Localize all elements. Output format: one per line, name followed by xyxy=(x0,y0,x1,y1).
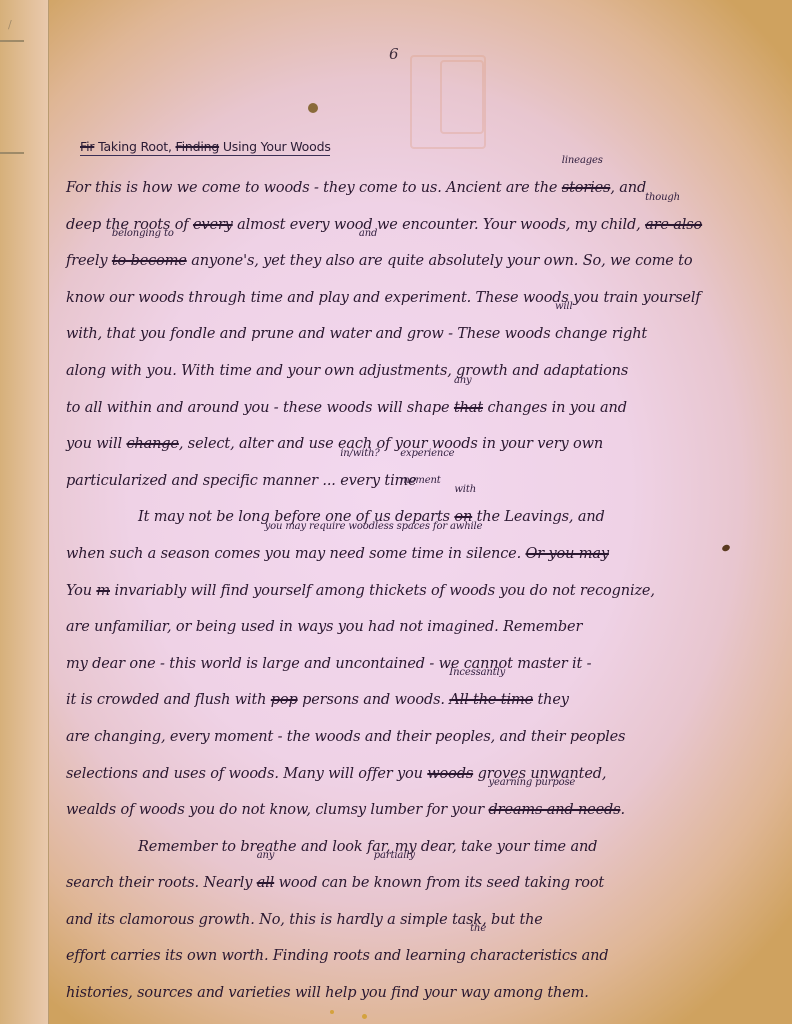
segment-text: change xyxy=(126,436,178,452)
text-segment: almost every wood we encounter. Your woo… xyxy=(233,217,645,233)
segment-text: , select, alter and use each of your woo… xyxy=(179,436,603,452)
segment-text: are xyxy=(359,253,383,269)
segment-text: stories xyxy=(562,180,611,196)
text-segment: it is crowded and flush with xyxy=(66,692,271,708)
segment-text: know our woods through time and play and… xyxy=(66,290,701,306)
manuscript-line: and its clamorous growth. No, this is ha… xyxy=(66,902,726,939)
struck-text: m xyxy=(96,583,110,599)
text-segment: particularized and specific manner ... xyxy=(66,473,340,489)
segment-text: dreams and needs xyxy=(489,802,621,818)
paper-spot xyxy=(362,1014,367,1019)
text-segment: are unfamiliar, or being used in ways yo… xyxy=(66,619,582,635)
segment-text: the Leavings, and xyxy=(472,509,605,525)
struck-title-word: Finding xyxy=(176,139,220,154)
edge-rule-mid xyxy=(0,152,24,154)
text-segment: , and xyxy=(610,180,646,196)
segment-text: freely xyxy=(66,253,112,269)
manuscript-line: to all within and around you - these woo… xyxy=(66,390,726,427)
struck-text: to becomebelonging to xyxy=(112,243,187,280)
struck-text: allany xyxy=(257,865,274,902)
segment-text: woods xyxy=(427,766,473,782)
struck-text: are alsothough xyxy=(645,207,702,244)
text-segment: , select, alter and use each of your woo… xyxy=(179,436,603,452)
struck-text: change xyxy=(126,436,178,452)
segment-text: all xyxy=(257,875,274,891)
struck-text: storieslineages xyxy=(562,170,611,207)
manuscript-line: freely to becomebelonging to anyone's, y… xyxy=(66,243,726,280)
segment-text: my dear one - this world is large and un… xyxy=(66,656,591,672)
interlinear-insertion: with xyxy=(454,484,476,496)
revised-text: you may need some time in silence.you ma… xyxy=(265,536,521,573)
segment-text: For this is how we come to woods - they … xyxy=(66,180,562,196)
interlinear-insertion: will xyxy=(555,301,573,313)
manuscript-line: selections and uses of woods. Many will … xyxy=(66,756,726,793)
manuscript-line: wealds of woods you do not know, clumsy … xyxy=(66,792,726,829)
interlinear-insertion: you may require woodless spaces for awhi… xyxy=(265,521,483,533)
text-segment: persons and woods. xyxy=(298,692,450,708)
segment-text: every xyxy=(193,217,233,233)
manuscript-line: You m invariably will find yourself amon… xyxy=(66,573,726,610)
struck-text: pop xyxy=(271,692,298,708)
struck-title-prefix: Fir xyxy=(80,139,94,154)
segment-text: search their roots. Nearly xyxy=(66,875,257,891)
segment-text: quite absolutely your own. So, we come t… xyxy=(383,253,693,269)
text-segment: from its seed taking root xyxy=(422,875,604,891)
interlinear-insertion: in/with? xyxy=(340,448,379,460)
binder-edge: / xyxy=(0,0,49,1024)
title-part-2: Using Your Woods xyxy=(219,139,331,154)
manuscript-line: when such a season comes you may need so… xyxy=(66,536,726,573)
segment-text: pop xyxy=(271,692,298,708)
segment-text: are unfamiliar, or being used in ways yo… xyxy=(66,619,582,635)
text-segment: . xyxy=(620,802,624,818)
text-segment: changes in you and xyxy=(483,400,627,416)
text-segment: anyone's, yet they also xyxy=(187,253,359,269)
segment-text: along with you. With time and your own a… xyxy=(66,363,628,379)
interlinear-insertion: any xyxy=(257,850,275,862)
segment-text: invariably will find yourself among thic… xyxy=(110,583,655,599)
struck-text: dreams and needsyearning purpose xyxy=(489,792,621,829)
text-segment: with, that you fondle and prune and wate… xyxy=(66,326,555,342)
interlinear-insertion: any xyxy=(454,375,472,387)
text-segment: For this is how we come to woods - they … xyxy=(66,180,562,196)
segment-text: changes in you and xyxy=(483,400,627,416)
interlinear-insertion: Incessantly xyxy=(449,667,505,679)
manuscript-line: are unfamiliar, or being used in ways yo… xyxy=(66,609,726,646)
segment-text: persons and woods. xyxy=(298,692,450,708)
interlinear-insertion: experience xyxy=(400,448,454,460)
text-segment: You xyxy=(66,583,96,599)
segment-text: characteristics xyxy=(470,948,577,964)
manuscript-line: it is crowded and flush with pop persons… xyxy=(66,682,726,719)
segment-text: Remember to breathe and look far, my dea… xyxy=(138,839,597,855)
manuscript-line: you will change, select, alter and use e… xyxy=(66,426,726,463)
edge-rule-top xyxy=(0,40,24,42)
faint-stamp-mark-inner xyxy=(440,60,484,134)
segment-text: it is crowded and flush with xyxy=(66,692,271,708)
text-segment: are changing, every moment - the woods a… xyxy=(66,729,625,745)
segment-text: you will xyxy=(66,436,126,452)
ink-stain xyxy=(308,103,318,113)
text-segment: my dear one - this world is large and un… xyxy=(66,656,591,672)
text-segment: wood can be xyxy=(274,875,374,891)
segment-text: effort carries its own worth. Finding ro… xyxy=(66,948,470,964)
manuscript-line: along with you. With time and your own a… xyxy=(66,353,726,390)
segment-text: that xyxy=(454,400,483,416)
revised-text: characteristicsthe xyxy=(470,938,577,975)
struck-text: Or you may xyxy=(526,546,609,562)
manuscript-line: histories, sources and varieties will he… xyxy=(66,975,726,1012)
segment-text: from its seed taking root xyxy=(422,875,604,891)
text-segment: and xyxy=(577,948,608,964)
manuscript-line: For this is how we come to woods - they … xyxy=(66,170,726,207)
segment-text: m xyxy=(96,583,110,599)
segment-text: . xyxy=(620,802,624,818)
interlinear-insertion: lineages xyxy=(562,155,603,167)
manuscript-line: are changing, every moment - the woods a… xyxy=(66,719,726,756)
segment-text: anyone's, yet they also xyxy=(187,253,359,269)
manuscript-line: know our woods through time and play and… xyxy=(66,280,726,317)
text-segment: search their roots. Nearly xyxy=(66,875,257,891)
interlinear-insertion: partially xyxy=(374,850,415,862)
text-segment: histories, sources and varieties will he… xyxy=(66,985,589,1001)
text-segment: they xyxy=(533,692,569,708)
handwritten-body: For this is how we come to woods - they … xyxy=(66,170,726,1012)
segment-text: change xyxy=(555,326,607,342)
struck-text: woods xyxy=(427,766,473,782)
segment-text: histories, sources and varieties will he… xyxy=(66,985,589,1001)
segment-text: you may need some time in silence. xyxy=(265,546,521,562)
manuscript-line: with, that you fondle and prune and wate… xyxy=(66,316,726,353)
interlinear-insertion: and xyxy=(359,228,377,240)
text-segment: wealds of woods you do not know, clumsy … xyxy=(66,802,489,818)
segment-text: wealds of woods you do not know, clumsy … xyxy=(66,802,489,818)
text-segment: to all within and around you - these woo… xyxy=(66,400,454,416)
segment-text: All the time xyxy=(449,692,533,708)
manuscript-line: search their roots. Nearly allany wood c… xyxy=(66,865,726,902)
segment-text: to all within and around you - these woo… xyxy=(66,400,454,416)
text-segment: freely xyxy=(66,253,112,269)
interlinear-insertion: the xyxy=(470,923,486,935)
segment-text: are changing, every moment - the woods a… xyxy=(66,729,625,745)
segment-text: known xyxy=(374,875,422,891)
interlinear-insertion: belonging to xyxy=(112,228,174,240)
manuscript-line: my dear one - this world is large and un… xyxy=(66,646,726,683)
segment-text: right xyxy=(607,326,647,342)
segment-text: Or you may xyxy=(526,546,609,562)
revised-text: knownpartially xyxy=(374,865,422,902)
revised-text: areand xyxy=(359,243,383,280)
text-segment: the Leavings, and xyxy=(472,509,605,525)
interlinear-insertion: yearning purpose xyxy=(489,777,576,789)
struck-text: All the timeIncessantly xyxy=(449,682,533,719)
segment-text: with, that you fondle and prune and wate… xyxy=(66,326,555,342)
text-segment: you will xyxy=(66,436,126,452)
manuscript-page: / 6 Fir Taking Root, Finding Using Your … xyxy=(0,0,792,1024)
text-segment: along with you. With time and your own a… xyxy=(66,363,628,379)
page-title: Fir Taking Root, Finding Using Your Wood… xyxy=(80,139,330,156)
segment-text: wood can be xyxy=(274,875,374,891)
struck-text: every xyxy=(193,217,233,233)
text-segment: quite absolutely your own. So, we come t… xyxy=(383,253,693,269)
segment-text: , and xyxy=(610,180,646,196)
revised-text: changewill xyxy=(555,316,607,353)
title-part-1: Taking Root, xyxy=(98,139,175,154)
segment-text: and xyxy=(577,948,608,964)
text-segment: right xyxy=(607,326,647,342)
manuscript-line: particularized and specific manner ... e… xyxy=(66,463,726,500)
segment-text: they xyxy=(533,692,569,708)
segment-text: almost every wood we encounter. Your woo… xyxy=(233,217,645,233)
text-segment: invariably will find yourself among thic… xyxy=(110,583,655,599)
manuscript-line: effort carries its own worth. Finding ro… xyxy=(66,938,726,975)
interlinear-insertion: moment xyxy=(400,475,440,487)
text-segment: know our woods through time and play and… xyxy=(66,290,701,306)
segment-text: You xyxy=(66,583,96,599)
interlinear-insertion: though xyxy=(645,192,680,204)
segment-text: selections and uses of woods. Many will … xyxy=(66,766,427,782)
text-segment: Remember to breathe and look far, my dea… xyxy=(138,839,597,855)
segment-text: to become xyxy=(112,253,187,269)
segment-text: particularized and specific manner ... xyxy=(66,473,340,489)
revised-text: every timein/with?experiencemoment xyxy=(340,463,416,500)
text-segment: selections and uses of woods. Many will … xyxy=(66,766,427,782)
page-number: 6 xyxy=(389,45,399,63)
segment-text: when such a season comes xyxy=(66,546,265,562)
struck-text: thatany xyxy=(454,390,483,427)
segment-text: are also xyxy=(645,217,702,233)
text-segment: effort carries its own worth. Finding ro… xyxy=(66,948,470,964)
text-segment: when such a season comes xyxy=(66,546,265,562)
edge-mark: / xyxy=(8,18,18,32)
